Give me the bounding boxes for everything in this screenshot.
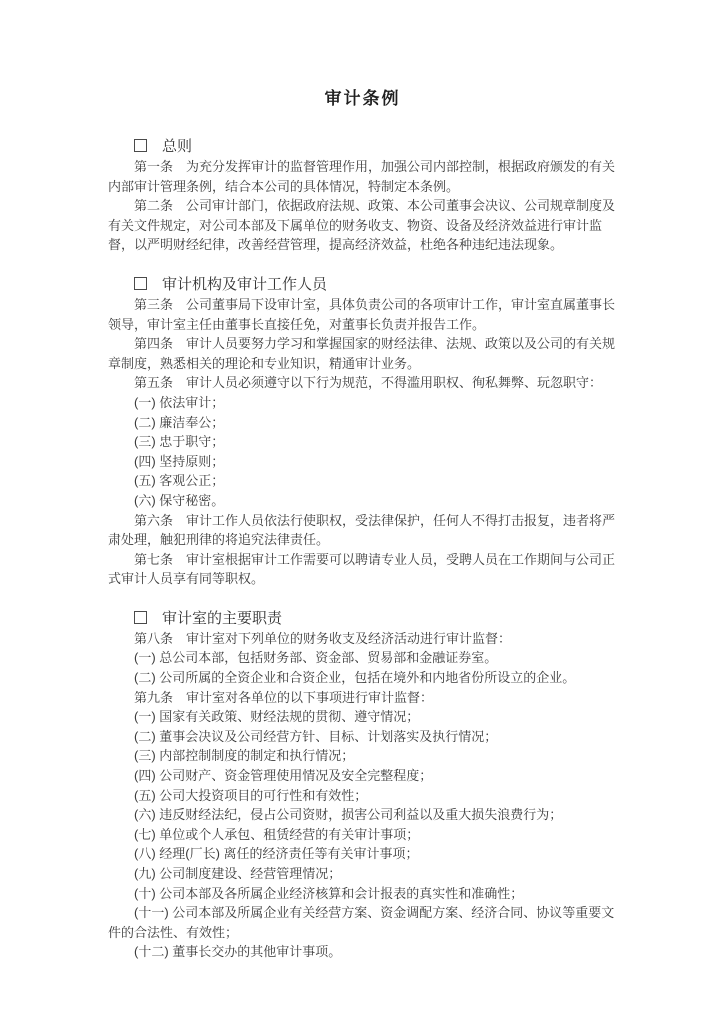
list-item: (六) 违反财经法纪，侵占公司资财，损害公司利益以及重大损失浪费行为； — [108, 805, 617, 825]
list-item: (三) 忠于职守； — [108, 432, 617, 452]
list-item: (一) 依法审计； — [108, 393, 617, 413]
section: 总则第一条 为充分发挥审计的监督管理作用，加强公司内部控制，根据政府颁发的有关内… — [108, 137, 617, 255]
section: 审计机构及审计工作人员第三条 公司董事局下设审计室，具体负责公司的各项审计工作，… — [108, 275, 617, 589]
section-heading-label: 总则 — [162, 138, 192, 155]
list-item: (一) 总公司本部，包括财务部、资金部、贸易部和金融证券室。 — [108, 648, 617, 668]
list-item: (九) 公司制度建设、经营管理情况； — [108, 864, 617, 884]
article-paragraph: 第二条 公司审计部门，依据政府法规、政策、本公司董事会决议、公司规章制度及有关文… — [108, 196, 617, 255]
article-paragraph: 第九条 审计室对各单位的以下事项进行审计监督： — [108, 688, 617, 708]
list-item: (四) 公司财产、资金管理使用情况及安全完整程度； — [108, 766, 617, 786]
section-heading-label: 审计室的主要职责 — [162, 610, 282, 627]
document-title: 审计条例 — [108, 84, 617, 109]
list-item: (二) 公司所属的全资企业和合资企业，包括在境外和内地省份所设立的企业。 — [108, 668, 617, 688]
list-item: (八) 经理(厂长) 离任的经济责任等有关审计事项； — [108, 844, 617, 864]
list-item: (十) 公司本部及各所属企业经济核算和会计报表的真实性和准确性； — [108, 884, 617, 904]
section-heading: 审计室的主要职责 — [108, 609, 617, 629]
article-paragraph: 第七条 审计室根据审计工作需要可以聘请专业人员，受聘人员在工作期间与公司正式审计… — [108, 550, 617, 589]
list-item: (七) 单位或个人承包、租赁经营的有关审计事项； — [108, 825, 617, 845]
article-paragraph: 第五条 审计人员必须遵守以下行为规范，不得滥用职权、徇私舞弊、玩忽职守： — [108, 373, 617, 393]
section: 审计室的主要职责第八条 审计室对下列单位的财务收支及经济活动进行审计监督：(一)… — [108, 609, 617, 962]
article-paragraph: 第六条 审计工作人员依法行使职权，受法律保护，任何人不得打击报复，违者将严肃处理… — [108, 511, 617, 550]
article-paragraph: 第一条 为充分发挥审计的监督管理作用，加强公司内部控制，根据政府颁发的有关内部审… — [108, 157, 617, 196]
document-page: 审计条例 总则第一条 为充分发挥审计的监督管理作用，加强公司内部控制，根据政府颁… — [0, 0, 720, 1017]
list-item: (五) 客观公正； — [108, 471, 617, 491]
article-paragraph: 第八条 审计室对下列单位的财务收支及经济活动进行审计监督： — [108, 629, 617, 649]
square-bullet-icon — [134, 139, 147, 152]
list-item: (四) 坚持原则； — [108, 452, 617, 472]
article-paragraph: 第三条 公司董事局下设审计室，具体负责公司的各项审计工作，审计室直属董事长领导，… — [108, 295, 617, 334]
list-item: (五) 公司大投资项目的可行性和有效性； — [108, 786, 617, 806]
square-bullet-icon — [134, 611, 147, 624]
list-item: (六) 保守秘密。 — [108, 491, 617, 511]
square-bullet-icon — [134, 277, 147, 290]
list-item: (一) 国家有关政策、财经法规的贯彻、遵守情况； — [108, 707, 617, 727]
section-heading: 总则 — [108, 137, 617, 157]
list-item: (二) 廉洁奉公； — [108, 413, 617, 433]
list-item: (十一) 公司本部及所属企业有关经营方案、资金调配方案、经济合同、协议等重要文件… — [108, 903, 617, 942]
article-paragraph: 第四条 审计人员要努力学习和掌握国家的财经法律、法规、政策以及公司的有关规章制度… — [108, 334, 617, 373]
document-body: 总则第一条 为充分发挥审计的监督管理作用，加强公司内部控制，根据政府颁发的有关内… — [108, 137, 617, 962]
list-item: (十二) 董事长交办的其他审计事项。 — [108, 942, 617, 962]
section-heading-label: 审计机构及审计工作人员 — [162, 276, 327, 293]
section-heading: 审计机构及审计工作人员 — [108, 275, 617, 295]
list-item: (三) 内部控制制度的制定和执行情况； — [108, 746, 617, 766]
list-item: (二) 董事会决议及公司经营方针、目标、计划落实及执行情况； — [108, 727, 617, 747]
